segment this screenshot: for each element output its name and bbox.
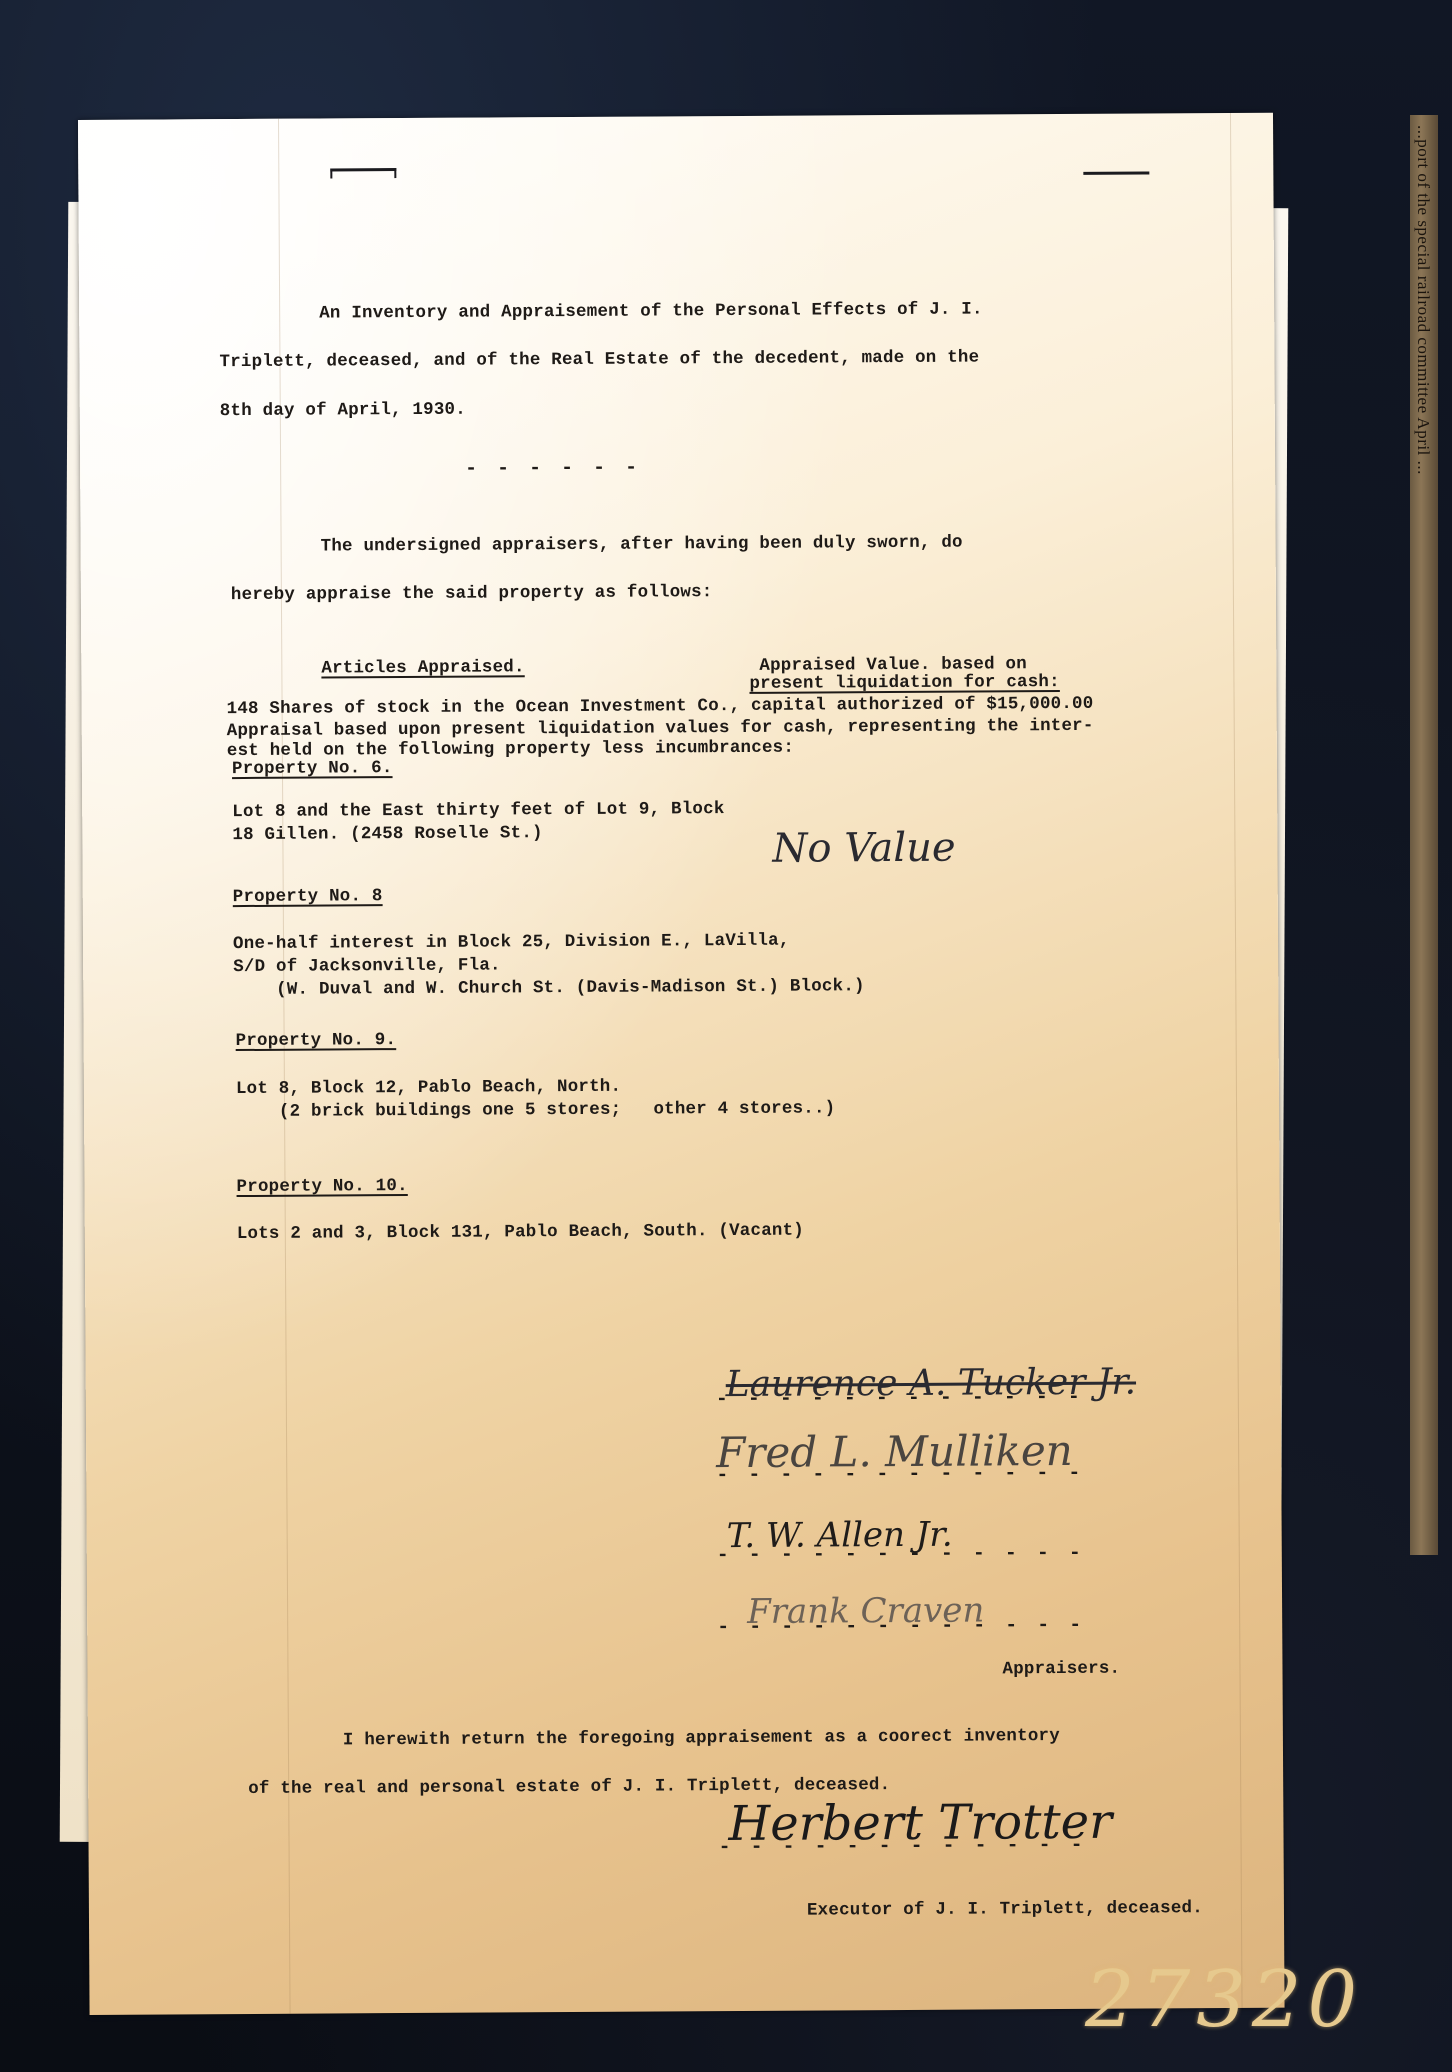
right-margin-line [1230,113,1243,2008]
section-separator: - - - - - - [465,457,641,481]
newspaper-clipping-strip: ...port of the special railroad committe… [1410,115,1438,1555]
property-9-heading: Property No. 9. [236,1030,397,1051]
signature-line-2: - - - - - - - - - - - - [716,1462,1084,1487]
tab-stop-mark-right [1083,171,1149,174]
title-line-2: Triplett, deceased, and of the Real Esta… [219,347,979,372]
title-line-1: An Inventory and Appraisement of the Per… [319,299,983,323]
signature-line-4: - - - - - - - - - - - - [717,1614,1085,1639]
tab-stop-mark-left [330,168,396,171]
property-8-heading: Property No. 8 [233,886,383,907]
value-header-line-2: present liquidation for cash: [749,672,1059,694]
property-8-line-2: S/D of Jacksonville, Fla. [233,955,501,977]
handwritten-no-value: No Value [772,825,955,872]
property-6-line-2: 18 Gillen. (2458 Roselle St.) [232,823,542,845]
oath-line-1: The undersigned appraisers, after having… [321,533,963,557]
property-10-line-1: Lots 2 and 3, Block 131, Pablo Beach, So… [237,1221,804,1244]
document-page: An Inventory and Appraisement of the Per… [78,113,1285,2015]
property-8-line-3: (W. Duval and W. Church St. (Davis-Madis… [233,976,865,1000]
executor-label: Executor of J. I. Triplett, deceased. [807,1898,1203,1920]
property-9-line-2: (2 brick buildings one 5 stores; other 4… [236,1098,835,1122]
signature-line-1: - - - - - - - - - - - - [716,1386,1084,1411]
archive-number: 27320 [1085,1955,1363,2045]
return-line-1: I herewith return the foregoing appraise… [343,1726,1060,1750]
property-6-line-1: Lot 8 and the East thirty feet of Lot 9,… [232,799,724,822]
stock-line-2: Appraisal based upon present liquidation… [227,716,1094,741]
property-6-heading: Property No. 6. [232,758,393,779]
property-9-line-1: Lot 8, Block 12, Pablo Beach, North. [236,1077,621,1099]
title-line-3: 8th day of April, 1930. [220,400,466,422]
executor-signature-line: - - - - - - - - - - - - [718,1834,1086,1859]
signature-line-3: - - - - - - - - - - - - [717,1542,1085,1567]
stock-line-1: 148 Shares of stock in the Ocean Investm… [227,694,1094,719]
property-8-line-1: One-half interest in Block 25, Division … [233,931,790,954]
oath-line-2: hereby appraise the said property as fol… [231,582,713,605]
property-10-heading: Property No. 10. [236,1176,407,1197]
appraisers-label: Appraisers. [1002,1659,1120,1680]
articles-header: Articles Appraised. [321,657,524,678]
clipping-text: ...port of the special railroad committe… [1413,125,1433,475]
